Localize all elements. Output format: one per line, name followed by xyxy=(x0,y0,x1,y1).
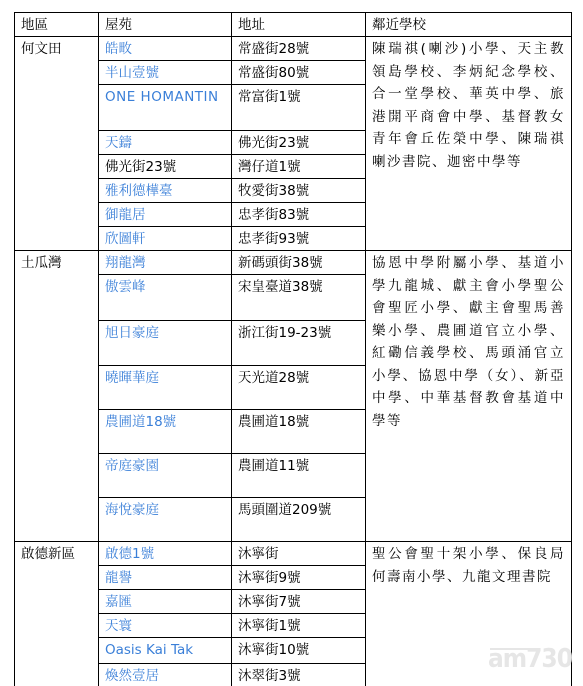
estate-link[interactable]: 帝庭豪園 xyxy=(99,454,232,498)
address: 沐寧街7號 xyxy=(232,590,366,614)
estate-link[interactable]: 農圃道18號 xyxy=(99,410,232,454)
address: 灣仔道1號 xyxy=(232,155,366,179)
address: 常富街1號 xyxy=(232,85,366,131)
district-name: 土瓜灣 xyxy=(15,251,99,542)
address: 沐寧街10號 xyxy=(232,638,366,664)
watermark-logo: am730 xyxy=(488,644,572,674)
table-row: 啟德新區 啟德1號 沐寧街 聖公會聖十架小學、保良局何壽南小學、九龍文理書院 xyxy=(15,542,572,566)
address: 農圃道18號 xyxy=(232,410,366,454)
nearby-schools: 協恩中學附屬小學、基道小學九龍城、獻主會小學聖公會聖匠小學、獻主會聖馬善樂小學、… xyxy=(366,251,572,542)
estate-link[interactable]: 龍譽 xyxy=(99,566,232,590)
address: 沐寧街 xyxy=(232,542,366,566)
estate-link[interactable]: ONE HOMANTIN xyxy=(99,85,232,131)
address: 常盛街80號 xyxy=(232,61,366,85)
table-row: 土瓜灣 翔龍灣 新碼頭街38號 協恩中學附屬小學、基道小學九龍城、獻主會小學聖公… xyxy=(15,251,572,275)
district-name: 啟德新區 xyxy=(15,542,99,686)
address: 天光道28號 xyxy=(232,366,366,410)
estate-link[interactable]: 旭日豪庭 xyxy=(99,321,232,366)
estate-link[interactable]: 半山壹號 xyxy=(99,61,232,85)
estate-link[interactable]: 天寰 xyxy=(99,614,232,638)
estate-link[interactable]: 皓畋 xyxy=(99,37,232,61)
address: 宋皇臺道38號 xyxy=(232,275,366,321)
address: 沐寧街1號 xyxy=(232,614,366,638)
header-address: 地址 xyxy=(232,13,366,37)
district-name: 何文田 xyxy=(15,37,99,251)
estate-link[interactable]: 雅利德樺臺 xyxy=(99,179,232,203)
estate-link[interactable]: 曉暉華庭 xyxy=(99,366,232,410)
header-district: 地區 xyxy=(15,13,99,37)
header-row: 地區 屋苑 地址 鄰近學校 xyxy=(15,13,572,37)
estate-link[interactable]: 煥然壹居 xyxy=(99,664,232,686)
header-estate: 屋苑 xyxy=(99,13,232,37)
estate-link[interactable]: 翔龍灣 xyxy=(99,251,232,275)
table-row: 何文田 皓畋 常盛街28號 陳瑞祺(喇沙)小學、天主教領島學校、李炳紀念學校、合… xyxy=(15,37,572,61)
address: 佛光街23號 xyxy=(232,131,366,155)
address: 新碼頭街38號 xyxy=(232,251,366,275)
estate-link[interactable]: 啟德1號 xyxy=(99,542,232,566)
school-district-table: 地區 屋苑 地址 鄰近學校 何文田 皓畋 常盛街28號 陳瑞祺(喇沙)小學、天主… xyxy=(14,12,572,686)
estate-link[interactable]: 嘉匯 xyxy=(99,590,232,614)
address: 常盛街28號 xyxy=(232,37,366,61)
address: 沐寧街9號 xyxy=(232,566,366,590)
estate-link[interactable]: 欣圖軒 xyxy=(99,227,232,251)
watermark-bar xyxy=(490,648,534,650)
estate-link[interactable]: 御龍居 xyxy=(99,203,232,227)
address: 農圃道11號 xyxy=(232,454,366,498)
estate-link[interactable]: Oasis Kai Tak xyxy=(99,638,232,664)
address: 忠孝街93號 xyxy=(232,227,366,251)
nearby-schools: 陳瑞祺(喇沙)小學、天主教領島學校、李炳紀念學校、合一堂學校、華英中學、旅港開平… xyxy=(366,37,572,251)
address: 忠孝街83號 xyxy=(232,203,366,227)
address: 馬頭圍道209號 xyxy=(232,498,366,542)
address: 牧愛街38號 xyxy=(232,179,366,203)
address: 沐翠街3號 xyxy=(232,664,366,686)
address: 浙江街19-23號 xyxy=(232,321,366,366)
estate-link[interactable]: 傲雲峰 xyxy=(99,275,232,321)
estate-link[interactable]: 海悅豪庭 xyxy=(99,498,232,542)
estate-name: 佛光街23號 xyxy=(99,155,232,179)
estate-link[interactable]: 天鑄 xyxy=(99,131,232,155)
header-schools: 鄰近學校 xyxy=(366,13,572,37)
